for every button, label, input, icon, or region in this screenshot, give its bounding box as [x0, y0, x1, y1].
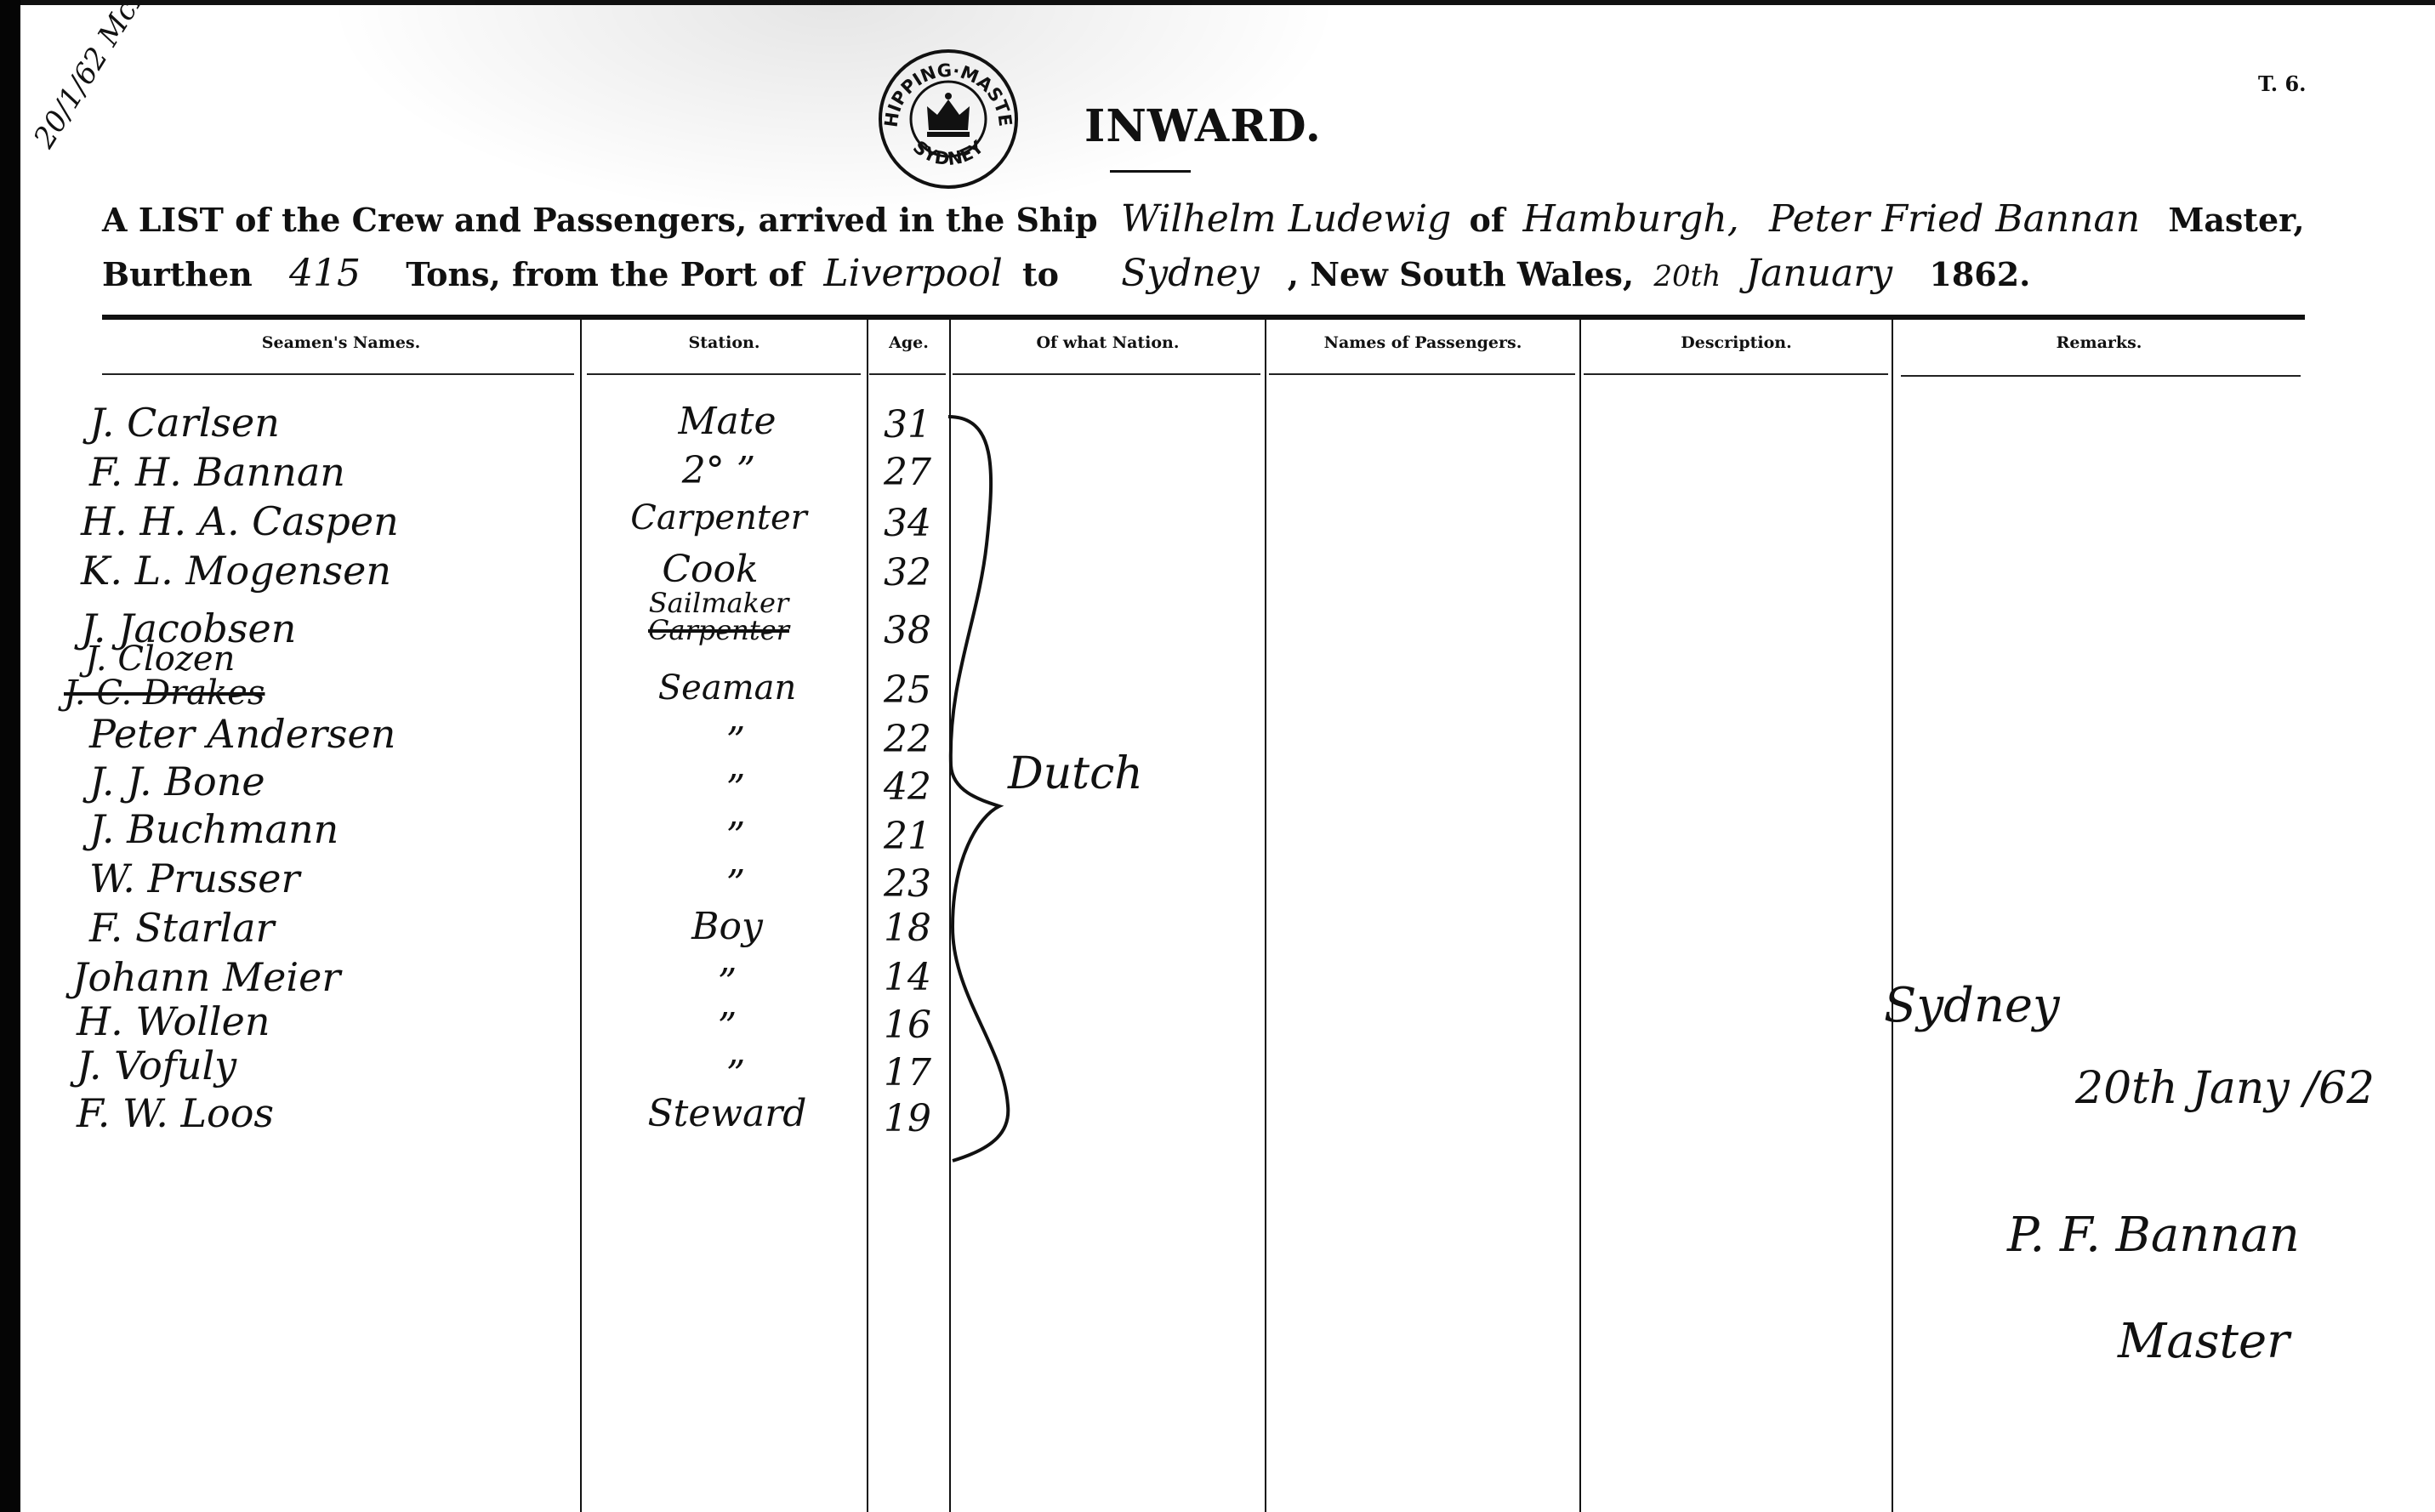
column-divider — [1579, 320, 1581, 1512]
age: 38 — [869, 609, 946, 652]
header-bottom-rule — [953, 373, 1260, 375]
station: ” — [587, 1005, 868, 1049]
table-top-rule — [102, 315, 2305, 320]
seaman-name: Peter Andersen — [89, 711, 395, 757]
shipping-master-stamp: SHIPPING·MASTER SYDNEY — [876, 47, 1021, 191]
scan-edge-left — [0, 0, 20, 1512]
station: Mate — [587, 400, 868, 443]
seaman-name-struck: J. C. Drakes — [64, 674, 265, 713]
seaman-name: J. Carlsen — [89, 400, 280, 446]
nation-value: Dutch — [1008, 748, 1143, 799]
header-bottom-rule — [869, 373, 946, 375]
form-number: T. 6. — [2258, 71, 2307, 96]
crown-icon — [927, 93, 970, 137]
title-underline — [1110, 170, 1191, 173]
station: ” — [595, 815, 876, 858]
station: ” — [595, 719, 876, 763]
header-bottom-rule — [1584, 373, 1888, 375]
burthen-label: Burthen — [102, 255, 253, 293]
age: 25 — [869, 668, 946, 712]
stamp-lower-text: SYDNEY — [909, 136, 988, 169]
seaman-name: H. H. A. Caspen — [81, 498, 399, 544]
ship-port: Hamburgh, — [1522, 197, 1738, 241]
age: 23 — [869, 862, 946, 906]
page-title: INWARD. — [1084, 100, 1322, 152]
seaman-name: F. H. Bannan — [89, 449, 345, 495]
age: 21 — [869, 815, 946, 858]
burthen-value: 415 — [289, 252, 361, 295]
age: 31 — [869, 403, 946, 446]
station: Steward — [587, 1092, 868, 1135]
seaman-name: J. Buchmann — [89, 806, 339, 852]
heading-line-1: A LIST of the Crew and Passengers, arriv… — [102, 197, 2305, 241]
seaman-name: J. Vofuly — [77, 1043, 236, 1089]
station: Seaman — [587, 668, 868, 708]
to-label: to — [1022, 255, 1059, 293]
master-name: Peter Fried Bannan — [1769, 197, 2140, 241]
station-struck: Carpenter — [578, 614, 859, 646]
header-bottom-rule — [587, 373, 861, 375]
station: 2° ” — [578, 449, 859, 492]
column-header-description: Description. — [1581, 333, 1892, 352]
date-year: 1862. — [1929, 255, 2030, 293]
age: 42 — [869, 765, 946, 809]
heading-line-2: Burthen 415 Tons, from the Port of Liver… — [102, 252, 2030, 295]
from-port: Liverpool — [823, 252, 1002, 295]
of-label: of — [1470, 201, 1505, 239]
date-day: 20th — [1653, 259, 1721, 293]
to-port: Sydney — [1121, 252, 1259, 295]
master-label: Master, — [2168, 201, 2304, 239]
station: Boy — [587, 905, 868, 948]
header-bottom-rule — [1269, 373, 1575, 375]
nsw-label: , New South Wales, — [1288, 255, 1634, 293]
seaman-name: J. J. Bone — [89, 759, 265, 804]
svg-text:SYDNEY: SYDNEY — [909, 136, 988, 169]
margin-annotation: 20/1/62 McPherson — [27, 0, 208, 154]
heading-prefix: A LIST of the Crew and Passengers, arriv… — [102, 201, 1098, 239]
column-header-station: Station. — [582, 333, 867, 352]
age: 14 — [869, 956, 946, 999]
age: 27 — [869, 451, 946, 494]
age: 19 — [869, 1097, 946, 1140]
column-header-passengers: Names of Passengers. — [1266, 333, 1579, 352]
column-header-nation: Of what Nation. — [951, 333, 1265, 352]
station: ” — [587, 961, 868, 1004]
column-divider — [1892, 320, 1893, 1512]
seaman-name: H. Wollen — [77, 998, 270, 1044]
remarks-place: Sydney — [1884, 978, 2060, 1033]
date-month: January — [1745, 252, 1892, 295]
column-header-age: Age. — [868, 333, 949, 352]
header-bottom-rule — [1901, 375, 2301, 377]
age: 16 — [869, 1003, 946, 1047]
age: 18 — [869, 907, 946, 950]
ship-name: Wilhelm Ludewig — [1121, 197, 1451, 241]
tons-label: Tons, from the Port of — [406, 255, 804, 293]
remarks-date: 20th Jany /62 — [2075, 1063, 2375, 1114]
seaman-name: F. Starlar — [89, 905, 275, 951]
station: Carpenter — [578, 498, 859, 537]
age: 32 — [869, 551, 946, 594]
seaman-name: K. L. Mogensen — [81, 548, 391, 594]
master-signature-title: Master — [2118, 1314, 2290, 1369]
column-header-remarks: Remarks. — [1893, 333, 2305, 352]
master-signature: P. F. Bannan — [2007, 1208, 2300, 1263]
station: Cook — [570, 548, 851, 591]
seaman-name: W. Prusser — [89, 855, 299, 901]
header-bottom-rule — [102, 373, 574, 375]
station: ” — [595, 1053, 876, 1096]
age: 17 — [869, 1051, 946, 1094]
age: 22 — [869, 718, 946, 761]
seaman-name: Johann Meier — [72, 954, 340, 1000]
age: 34 — [869, 502, 946, 545]
column-divider — [1265, 320, 1266, 1512]
station: ” — [595, 767, 876, 810]
station: ” — [595, 862, 876, 906]
seaman-name: F. W. Loos — [77, 1090, 274, 1136]
column-header-seamens-names: Seamen's Names. — [102, 333, 580, 352]
